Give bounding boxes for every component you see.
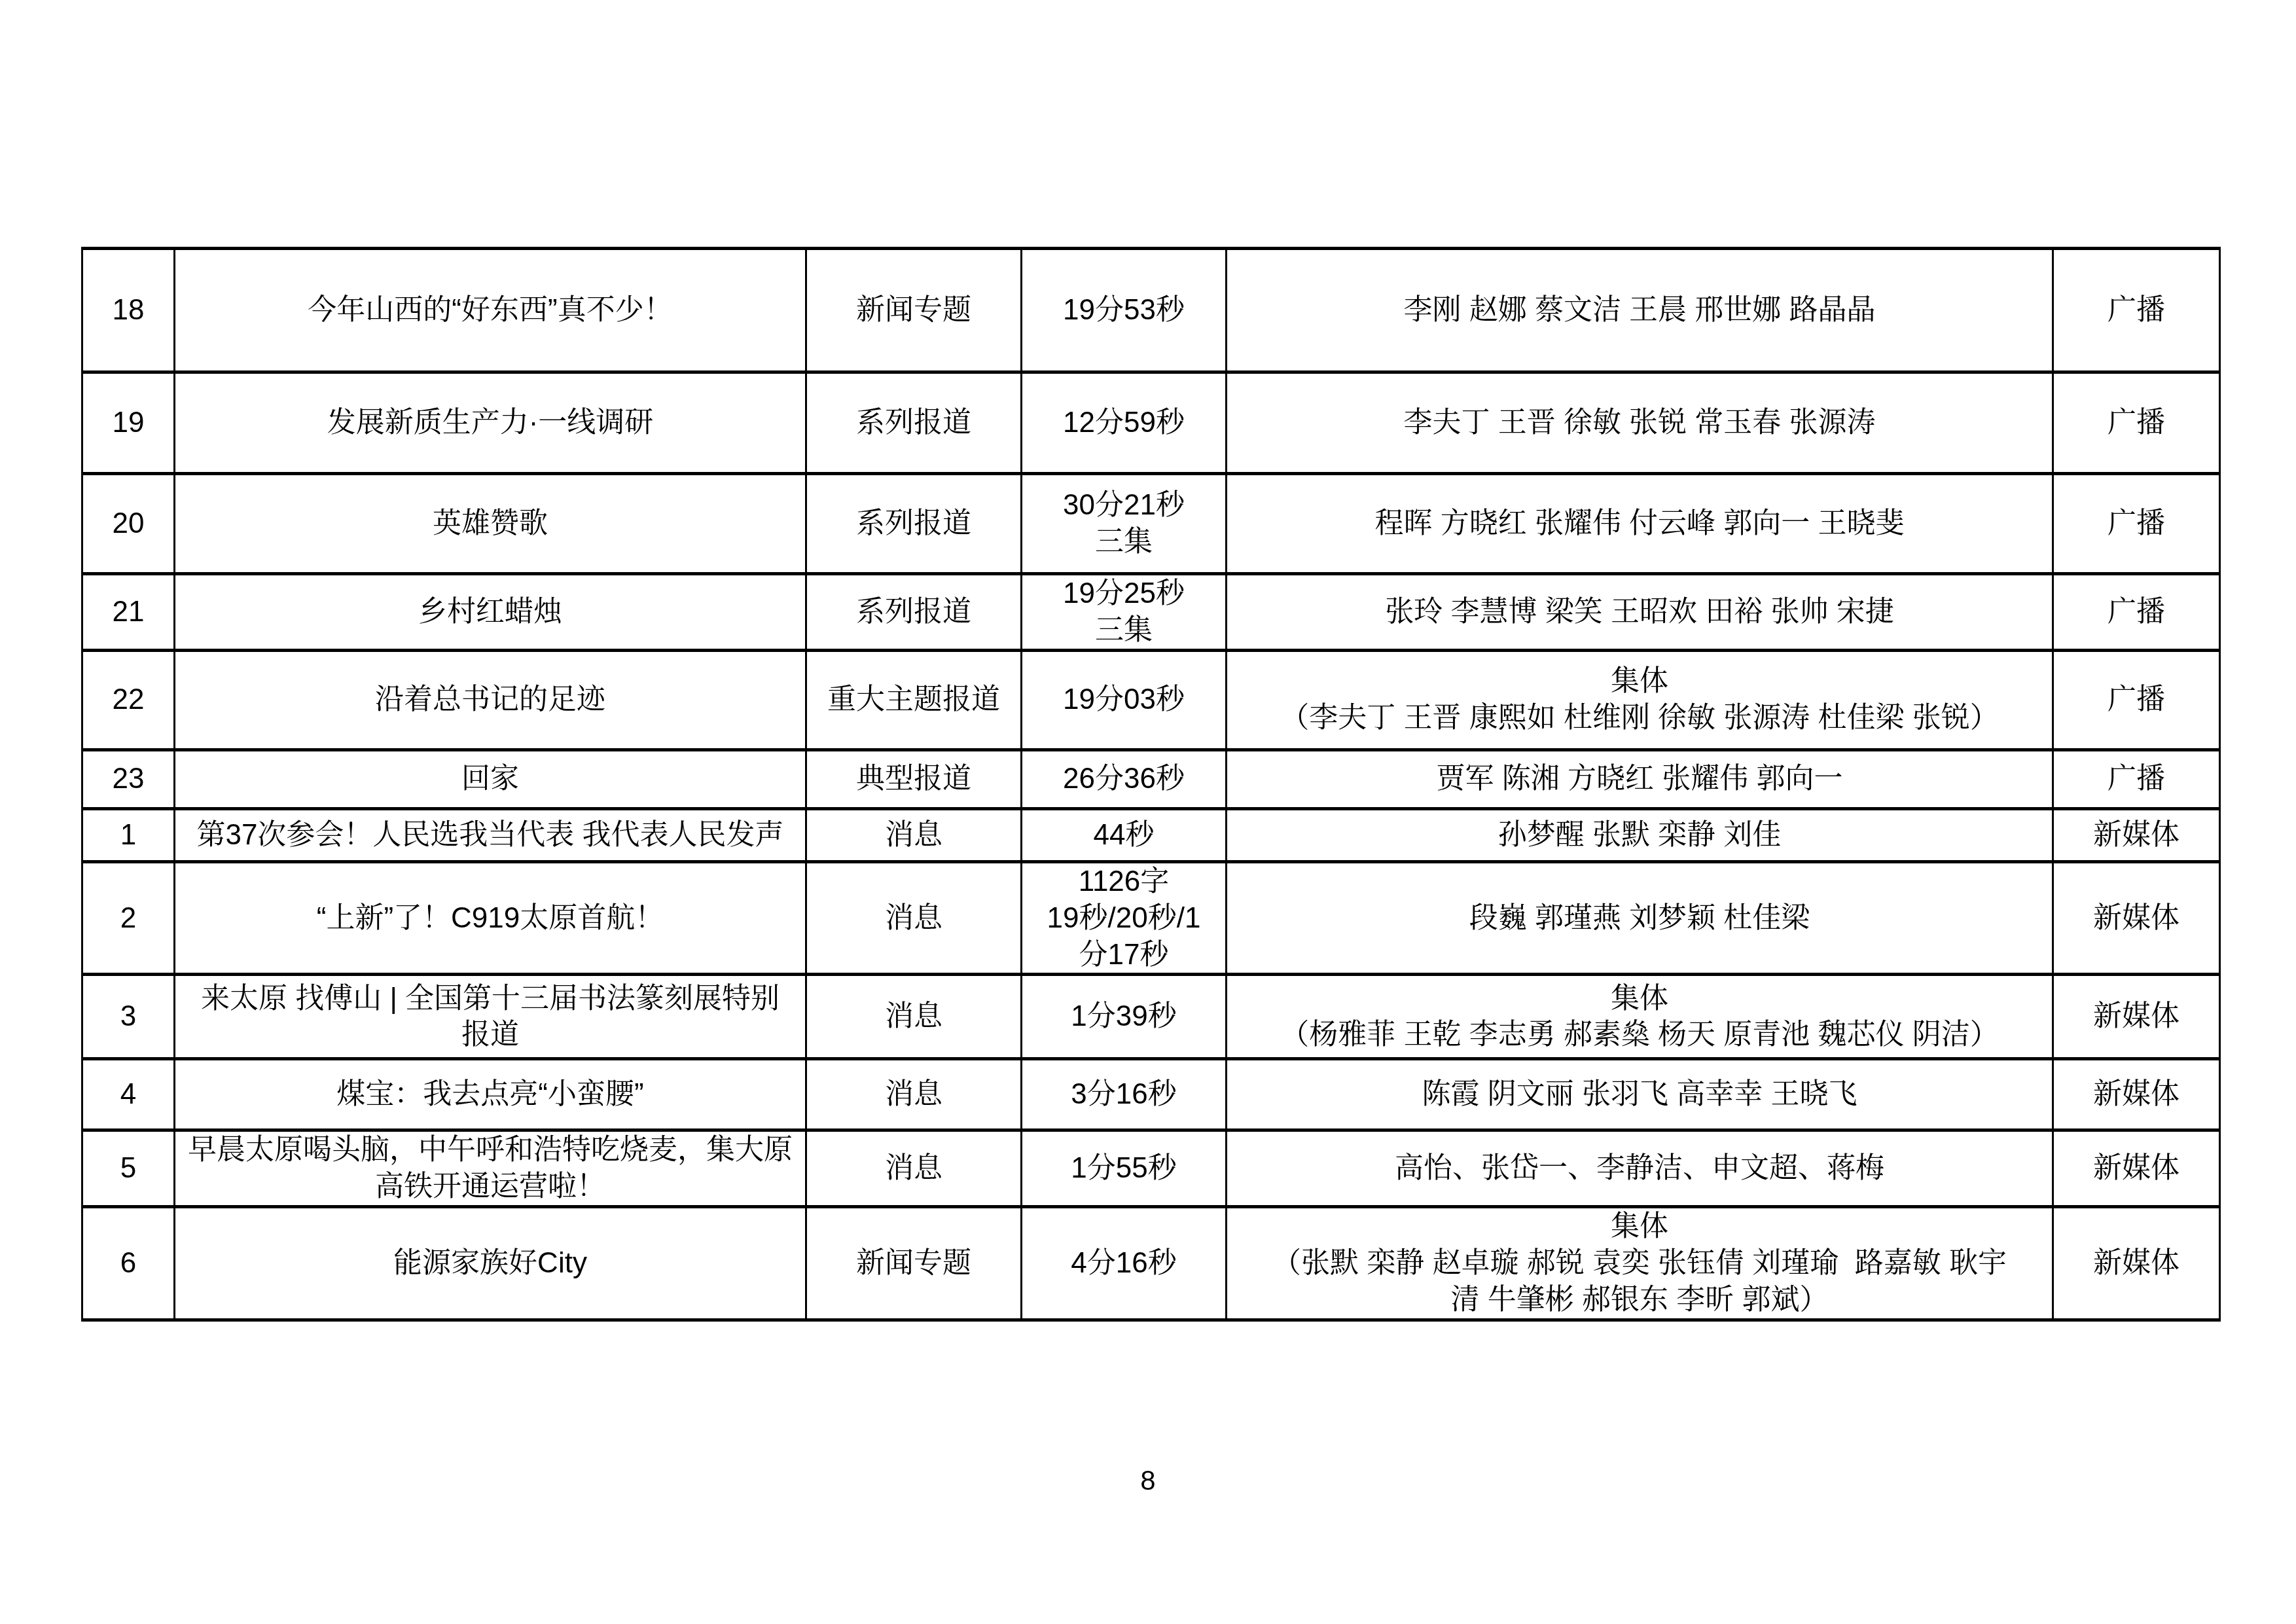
cell-media: 新媒体 xyxy=(2053,1207,2220,1320)
cell-media: 新媒体 xyxy=(2053,1059,2220,1130)
cell-duration: 4分16秒 xyxy=(1022,1207,1227,1320)
cell-media: 广播 xyxy=(2053,474,2220,574)
table-row: 19 发展新质生产力·一线调研 系列报道 12分59秒 李夫丁 王晋 徐敏 张锐… xyxy=(82,372,2220,474)
cell-index: 1 xyxy=(82,808,175,861)
page-number: 8 xyxy=(0,1465,2296,1496)
document-page: 18 今年山西的“好东西”真不少！ 新闻专题 19分53秒 李刚 赵娜 蔡文洁 … xyxy=(0,0,2296,1624)
cell-index: 2 xyxy=(82,861,175,975)
cell-people: 集体 （李夫丁 王晋 康熙如 杜维刚 徐敏 张源涛 杜佳梁 张锐） xyxy=(1227,650,2053,749)
cell-media: 广播 xyxy=(2053,650,2220,749)
cell-people: 李夫丁 王晋 徐敏 张锐 常玉春 张源涛 xyxy=(1227,372,2053,474)
cell-duration: 19分25秒 三集 xyxy=(1022,574,1227,651)
cell-category: 新闻专题 xyxy=(806,249,1022,372)
table-row: 18 今年山西的“好东西”真不少！ 新闻专题 19分53秒 李刚 赵娜 蔡文洁 … xyxy=(82,249,2220,372)
table-row: 1 第37次参会！人民选我当代表 我代表人民发声 消息 44秒 孙梦醒 张默 栾… xyxy=(82,808,2220,861)
cell-title: 煤宝：我去点亮“小蛮腰” xyxy=(175,1059,806,1130)
table-row: 2 “上新”了！C919太原首航！ 消息 1126字 19秒/20秒/1 分17… xyxy=(82,861,2220,975)
cell-people: 陈霞 阴文丽 张羽飞 高幸幸 王晓飞 xyxy=(1227,1059,2053,1130)
program-awards-table: 18 今年山西的“好东西”真不少！ 新闻专题 19分53秒 李刚 赵娜 蔡文洁 … xyxy=(81,247,2221,1322)
cell-category: 消息 xyxy=(806,861,1022,975)
table-row: 4 煤宝：我去点亮“小蛮腰” 消息 3分16秒 陈霞 阴文丽 张羽飞 高幸幸 王… xyxy=(82,1059,2220,1130)
cell-title: 第37次参会！人民选我当代表 我代表人民发声 xyxy=(175,808,806,861)
table-row: 5 早晨太原喝头脑，中午呼和浩特吃烧麦，集大原高铁开通运营啦！ 消息 1分55秒… xyxy=(82,1130,2220,1207)
cell-media: 新媒体 xyxy=(2053,1130,2220,1207)
cell-duration: 1分55秒 xyxy=(1022,1130,1227,1207)
cell-index: 3 xyxy=(82,975,175,1059)
cell-media: 新媒体 xyxy=(2053,975,2220,1059)
table-row: 22 沿着总书记的足迹 重大主题报道 19分03秒 集体 （李夫丁 王晋 康熙如… xyxy=(82,650,2220,749)
cell-category: 系列报道 xyxy=(806,574,1022,651)
cell-duration: 12分59秒 xyxy=(1022,372,1227,474)
cell-index: 21 xyxy=(82,574,175,651)
cell-title: 早晨太原喝头脑，中午呼和浩特吃烧麦，集大原高铁开通运营啦！ xyxy=(175,1130,806,1207)
cell-title: “上新”了！C919太原首航！ xyxy=(175,861,806,975)
cell-duration: 3分16秒 xyxy=(1022,1059,1227,1130)
cell-duration: 26分36秒 xyxy=(1022,749,1227,808)
cell-people: 孙梦醒 张默 栾静 刘佳 xyxy=(1227,808,2053,861)
cell-title: 回家 xyxy=(175,749,806,808)
cell-people: 段巍 郭瑾燕 刘梦颖 杜佳梁 xyxy=(1227,861,2053,975)
cell-index: 6 xyxy=(82,1207,175,1320)
cell-title: 乡村红蜡烛 xyxy=(175,574,806,651)
cell-media: 广播 xyxy=(2053,372,2220,474)
table-row: 20 英雄赞歌 系列报道 30分21秒 三集 程晖 方晓红 张耀伟 付云峰 郭向… xyxy=(82,474,2220,574)
cell-category: 新闻专题 xyxy=(806,1207,1022,1320)
cell-duration: 19分53秒 xyxy=(1022,249,1227,372)
cell-index: 18 xyxy=(82,249,175,372)
cell-people: 程晖 方晓红 张耀伟 付云峰 郭向一 王晓斐 xyxy=(1227,474,2053,574)
cell-duration: 19分03秒 xyxy=(1022,650,1227,749)
cell-people: 集体 （杨雅菲 王乾 李志勇 郝素燊 杨天 原青池 魏芯仪 阴洁） xyxy=(1227,975,2053,1059)
table-row: 6 能源家族好City 新闻专题 4分16秒 集体 （张默 栾静 赵卓璇 郝锐 … xyxy=(82,1207,2220,1320)
cell-title: 发展新质生产力·一线调研 xyxy=(175,372,806,474)
cell-category: 系列报道 xyxy=(806,372,1022,474)
cell-title: 今年山西的“好东西”真不少！ xyxy=(175,249,806,372)
cell-media: 新媒体 xyxy=(2053,808,2220,861)
cell-category: 消息 xyxy=(806,808,1022,861)
cell-media: 广播 xyxy=(2053,749,2220,808)
cell-duration: 44秒 xyxy=(1022,808,1227,861)
cell-category: 消息 xyxy=(806,1130,1022,1207)
cell-duration: 1126字 19秒/20秒/1 分17秒 xyxy=(1022,861,1227,975)
cell-category: 典型报道 xyxy=(806,749,1022,808)
cell-media: 广播 xyxy=(2053,574,2220,651)
cell-duration: 30分21秒 三集 xyxy=(1022,474,1227,574)
cell-index: 4 xyxy=(82,1059,175,1130)
cell-title: 英雄赞歌 xyxy=(175,474,806,574)
cell-category: 消息 xyxy=(806,1059,1022,1130)
cell-index: 5 xyxy=(82,1130,175,1207)
cell-title: 来太原 找傅山 | 全国第十三届书法篆刻展特别 报道 xyxy=(175,975,806,1059)
cell-people: 贾军 陈湘 方晓红 张耀伟 郭向一 xyxy=(1227,749,2053,808)
cell-index: 19 xyxy=(82,372,175,474)
cell-title: 能源家族好City xyxy=(175,1207,806,1320)
cell-index: 22 xyxy=(82,650,175,749)
cell-index: 23 xyxy=(82,749,175,808)
cell-people: 高怡、张岱一、李静洁、申文超、蒋梅 xyxy=(1227,1130,2053,1207)
cell-people: 集体 （张默 栾静 赵卓璇 郝锐 袁奕 张钰倩 刘瑾瑜 路嘉敏 耿宇 清 牛肇彬… xyxy=(1227,1207,2053,1320)
table-row: 3 来太原 找傅山 | 全国第十三届书法篆刻展特别 报道 消息 1分39秒 集体… xyxy=(82,975,2220,1059)
cell-people: 张玲 李慧博 梁笑 王昭欢 田裕 张帅 宋捷 xyxy=(1227,574,2053,651)
cell-category: 消息 xyxy=(806,975,1022,1059)
cell-people: 李刚 赵娜 蔡文洁 王晨 邢世娜 路晶晶 xyxy=(1227,249,2053,372)
table-row: 21 乡村红蜡烛 系列报道 19分25秒 三集 张玲 李慧博 梁笑 王昭欢 田裕… xyxy=(82,574,2220,651)
table-row: 23 回家 典型报道 26分36秒 贾军 陈湘 方晓红 张耀伟 郭向一 广播 xyxy=(82,749,2220,808)
cell-category: 系列报道 xyxy=(806,474,1022,574)
cell-media: 新媒体 xyxy=(2053,861,2220,975)
cell-media: 广播 xyxy=(2053,249,2220,372)
cell-category: 重大主题报道 xyxy=(806,650,1022,749)
cell-duration: 1分39秒 xyxy=(1022,975,1227,1059)
cell-title: 沿着总书记的足迹 xyxy=(175,650,806,749)
cell-index: 20 xyxy=(82,474,175,574)
